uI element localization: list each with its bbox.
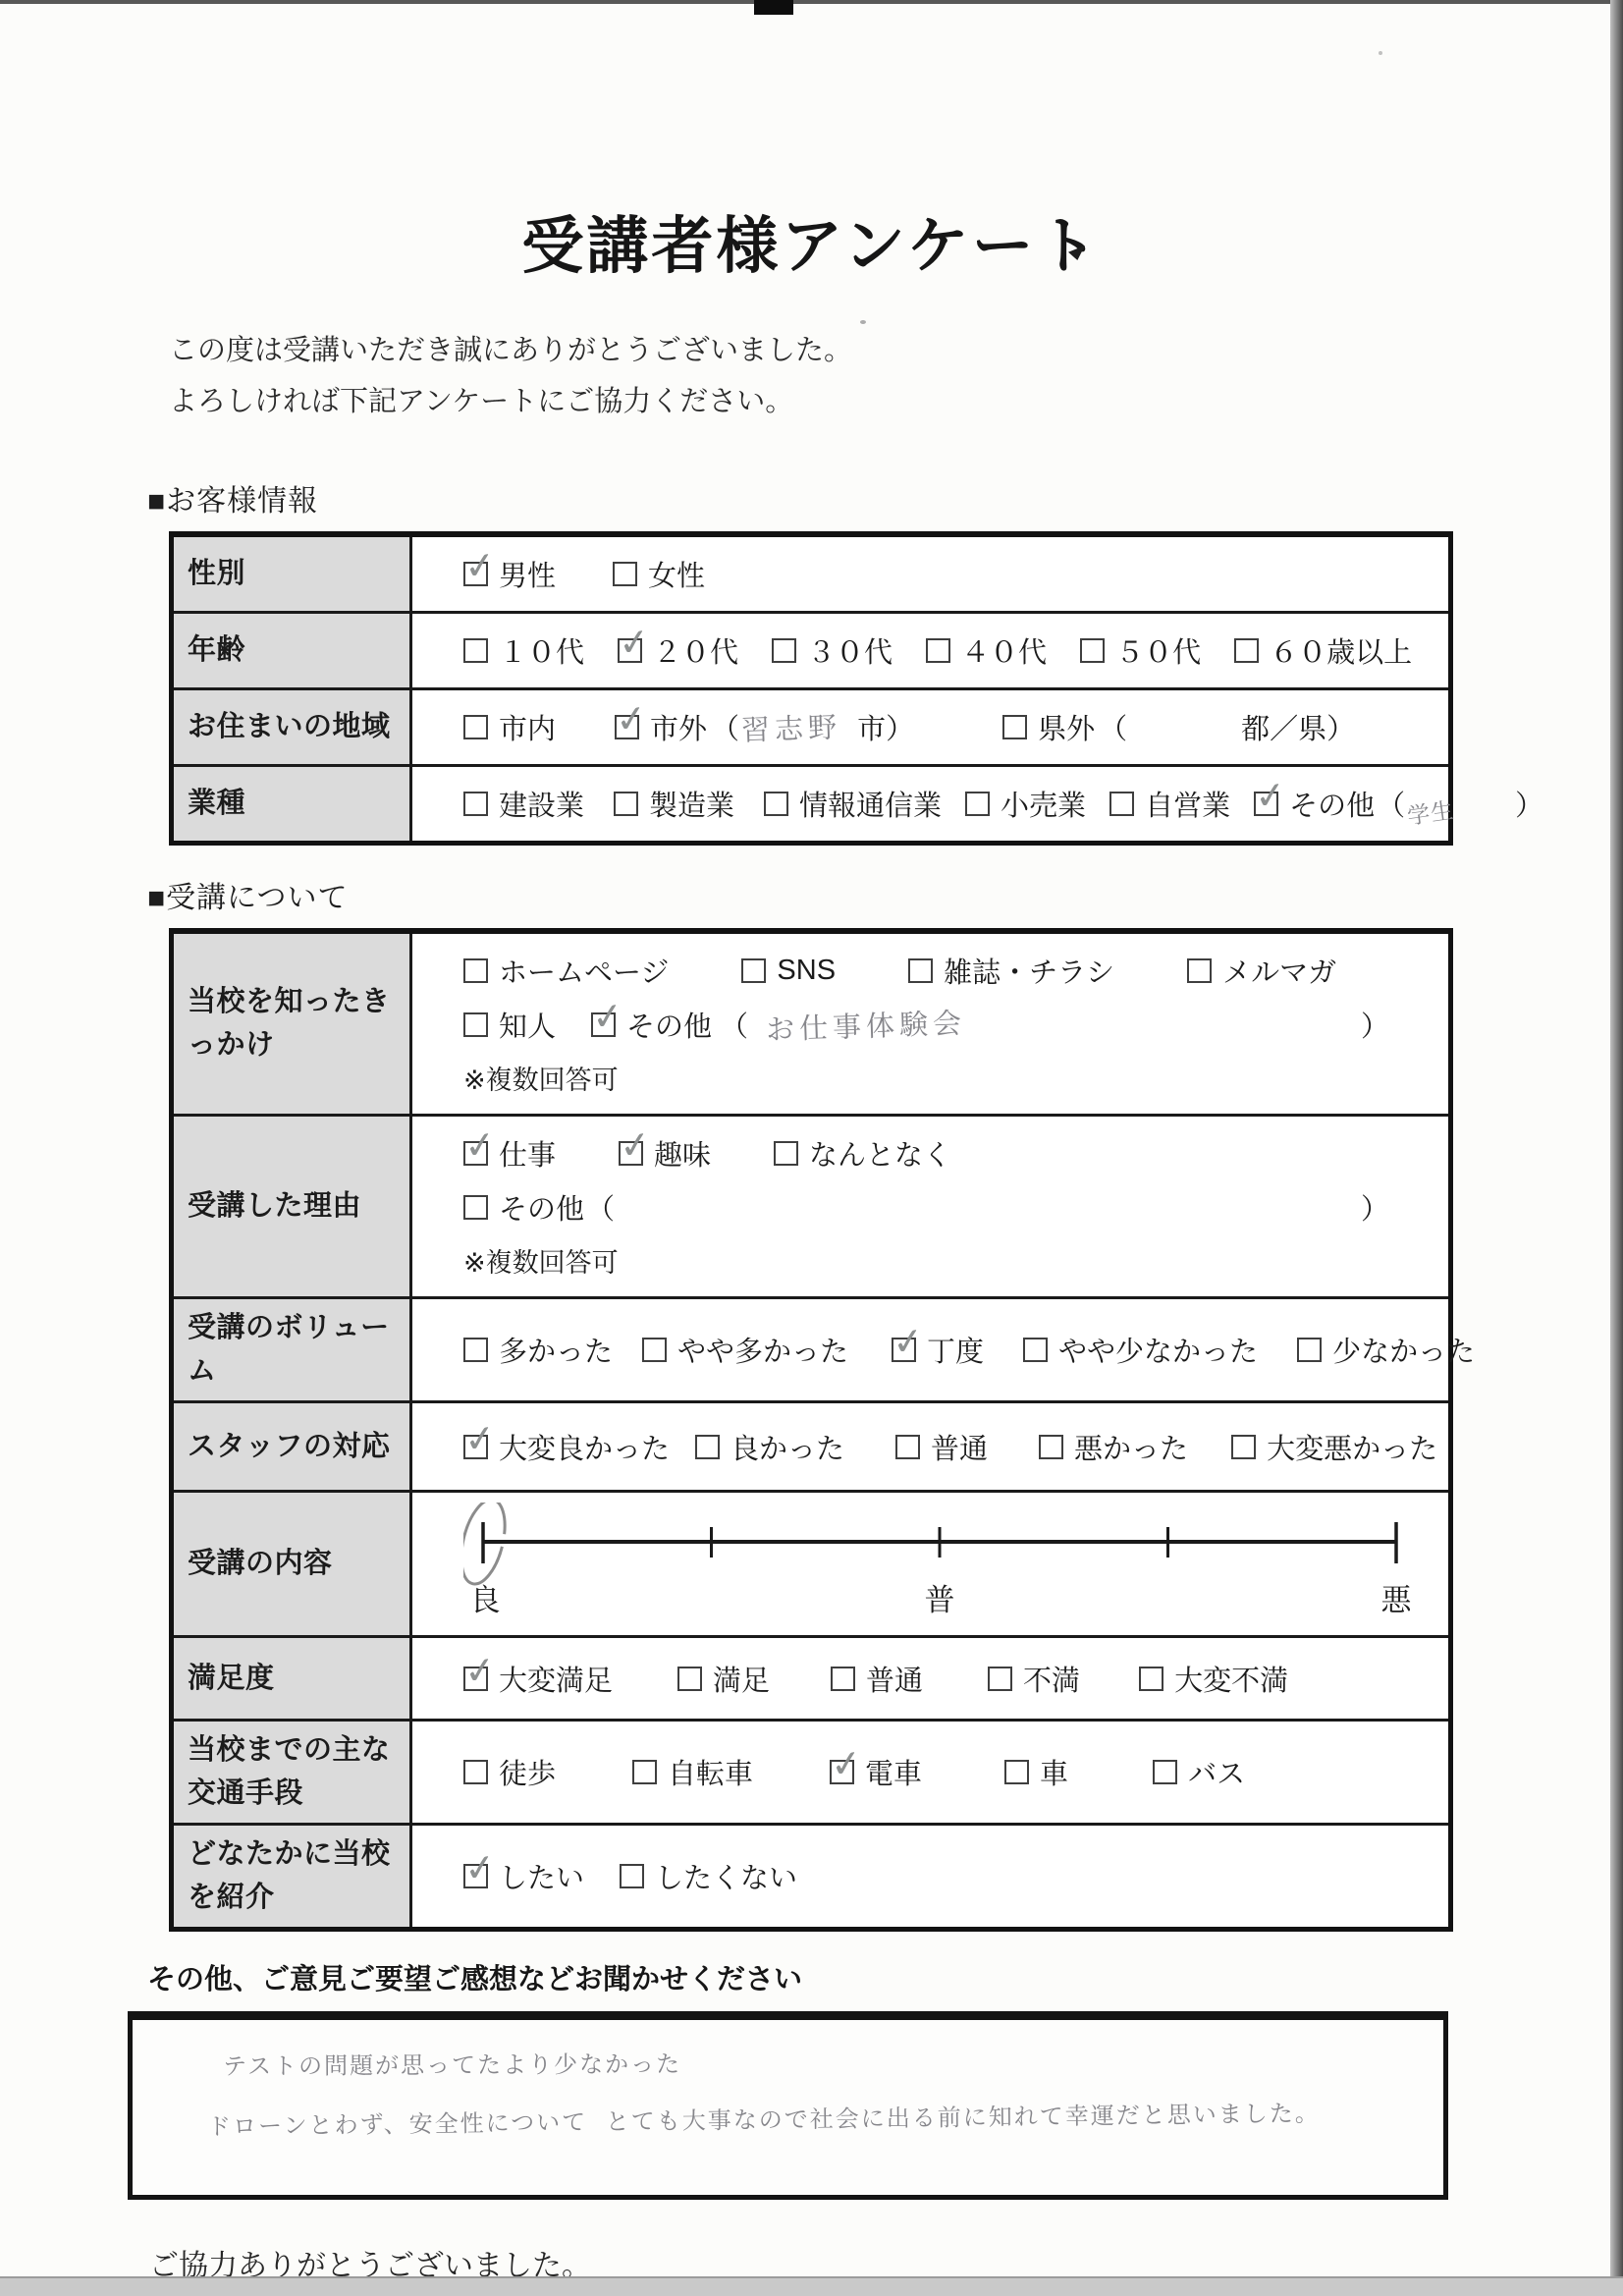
checkbox-icon xyxy=(1080,638,1105,663)
row-label: お住まいの地域 xyxy=(174,690,412,764)
option-label: 市内 xyxy=(499,707,556,747)
section-header-course: ■受講について xyxy=(147,873,1623,916)
option-label: 小売業 xyxy=(1001,784,1086,824)
checkbox-icon: ✓ xyxy=(615,715,639,739)
option-label: なんとなく xyxy=(809,1133,951,1174)
checkbox-option: メルマガ xyxy=(1187,951,1336,991)
option-line: 市内✓市外（習志野市）県外（都／県） xyxy=(463,707,1419,747)
option-label: 男性 xyxy=(499,554,556,594)
option-line: 知人✓その他（お仕事体験会） xyxy=(463,1005,1419,1045)
option-line: ホームページSNS雑誌・チラシメルマガ xyxy=(463,951,1419,991)
survey-row: 満足度✓大変満足満足普通不満大変不満 xyxy=(174,1635,1448,1719)
checkbox-icon xyxy=(772,638,796,663)
option-label: 趣味 xyxy=(654,1133,711,1174)
option-label: その他 xyxy=(626,1005,712,1045)
checkbox-icon xyxy=(463,792,488,816)
row-label: スタッフの対応 xyxy=(174,1403,412,1490)
checkbox-option: ✓大変満足 xyxy=(463,1659,613,1699)
option-line: ※複数回答可 xyxy=(463,1059,1419,1097)
intro-line-1: この度は受講いただき誠にありがとうございました。 xyxy=(169,325,1623,376)
checkbox-option: 普通 xyxy=(895,1427,988,1467)
row-label: 受講の内容 xyxy=(174,1493,412,1635)
checkbox-icon xyxy=(1004,1760,1029,1784)
option-line: 建設業製造業情報通信業小売業自営業✓その他（学生） xyxy=(463,784,1543,824)
option-label: したい xyxy=(499,1856,584,1896)
checkbox-option: ✓趣味 xyxy=(619,1133,711,1174)
checkbox-option: 不満 xyxy=(988,1659,1080,1699)
option-label: 良かった xyxy=(730,1427,844,1467)
checkbox-icon xyxy=(741,958,766,983)
option-line: その他（） xyxy=(463,1187,1419,1228)
checkbox-icon xyxy=(463,1012,488,1037)
checkbox-option: 市内 xyxy=(463,707,556,747)
option-label: ホームページ xyxy=(499,951,669,991)
checkbox-option: ６０歳以上 xyxy=(1234,630,1412,671)
option-label: やや多かった xyxy=(677,1330,848,1370)
checkbox-option: バス xyxy=(1153,1752,1245,1792)
checkbox-icon xyxy=(1139,1667,1163,1691)
checkbox-icon xyxy=(908,958,933,983)
scan-speck xyxy=(860,320,866,324)
page-title: 受講者様アンケート xyxy=(0,0,1623,286)
checkbox-icon xyxy=(463,958,488,983)
row-content: ✓したいしたくない xyxy=(412,1826,1448,1927)
checkbox-icon: ✓ xyxy=(1254,792,1278,816)
row-content: 良普悪 xyxy=(412,1493,1455,1635)
option-label: 建設業 xyxy=(499,784,584,824)
checkbox-option: 建設業 xyxy=(463,784,584,824)
checkbox-option: 徒歩 xyxy=(463,1752,556,1792)
checkbox-icon xyxy=(463,1195,488,1220)
survey-row: 性別✓男性女性 xyxy=(174,537,1448,611)
option-label: 悪かった xyxy=(1074,1427,1188,1467)
checkbox-icon xyxy=(463,1760,488,1784)
option-label: したくない xyxy=(655,1856,797,1896)
option-label: 丁度 xyxy=(927,1330,984,1370)
handwritten-comment-line-1: テストの問題が思ってたより少なかった xyxy=(223,2041,1443,2082)
checkmark-icon: ✓ xyxy=(462,1849,498,1889)
section-header-customer-info: ■お客様情報 xyxy=(147,476,1623,519)
checkbox-option: ✓市外 xyxy=(615,707,707,747)
row-label: 満足度 xyxy=(174,1638,412,1719)
printed-text: （ xyxy=(586,1187,615,1228)
option-line: １０代✓２０代３０代４０代５０代６０歳以上 xyxy=(463,630,1419,671)
row-label: 年齢 xyxy=(174,614,412,687)
checkbox-option: １０代 xyxy=(463,630,584,671)
checkbox-option: 普通 xyxy=(831,1659,923,1699)
checkbox-icon xyxy=(695,1435,720,1459)
printed-text: （ xyxy=(1377,784,1405,824)
checkbox-icon xyxy=(463,715,488,739)
checkbox-option: 自転車 xyxy=(632,1752,753,1792)
row-label: 受講のボリューム xyxy=(174,1299,412,1400)
option-line: 多かったやや多かった✓丁度やや少なかった少なかった xyxy=(463,1330,1475,1370)
option-label: 仕事 xyxy=(499,1133,556,1174)
checkbox-option: 知人 xyxy=(463,1005,556,1045)
printed-text: 都／県） xyxy=(1241,707,1355,747)
option-label: メルマガ xyxy=(1222,951,1336,991)
option-label: １０代 xyxy=(499,630,584,671)
checkbox-option: ✓電車 xyxy=(830,1752,922,1792)
option-label: 車 xyxy=(1040,1752,1068,1792)
option-label: 大変満足 xyxy=(499,1659,613,1699)
row-label: 業種 xyxy=(174,767,412,841)
printed-text: （ xyxy=(711,707,739,747)
option-label: ４０代 xyxy=(961,630,1047,671)
checkbox-option: SNS xyxy=(741,955,836,987)
option-label: 情報通信業 xyxy=(799,784,942,824)
checkbox-icon: ✓ xyxy=(618,638,642,663)
checkmark-icon: ✓ xyxy=(617,624,652,664)
scan-mark-top xyxy=(754,0,793,15)
handwritten-text: 学生 xyxy=(1405,793,1456,831)
printed-text: 市） xyxy=(857,707,914,747)
row-content: ✓仕事✓趣味なんとなくその他（）※複数回答可 xyxy=(412,1117,1448,1296)
checkbox-option: ３０代 xyxy=(772,630,893,671)
survey-row: 受講した理由✓仕事✓趣味なんとなくその他（）※複数回答可 xyxy=(174,1114,1448,1296)
checkbox-icon xyxy=(463,1338,488,1362)
checkbox-option: 製造業 xyxy=(614,784,734,824)
checkbox-option: ✓したい xyxy=(463,1856,584,1896)
option-label: 自営業 xyxy=(1145,784,1230,824)
option-label: 満足 xyxy=(713,1659,770,1699)
scale-label-mid: 普 xyxy=(925,1583,955,1617)
option-line: ✓したいしたくない xyxy=(463,1856,1419,1896)
option-label: 大変良かった xyxy=(499,1427,670,1467)
option-label: 女性 xyxy=(648,554,705,594)
option-label: ３０代 xyxy=(807,630,893,671)
survey-row: 当校までの主な交通手段徒歩自転車✓電車車バス xyxy=(174,1719,1448,1823)
checkbox-icon xyxy=(642,1338,667,1362)
checkbox-option: 小売業 xyxy=(965,784,1086,824)
row-label: 性別 xyxy=(174,537,412,611)
handwritten-text: お仕事体験会 xyxy=(765,1002,966,1049)
option-label: 製造業 xyxy=(649,784,734,824)
row-content: ホームページSNS雑誌・チラシメルマガ知人✓その他（お仕事体験会）※複数回答可 xyxy=(412,934,1448,1114)
row-label: 当校を知ったきっかけ xyxy=(174,934,412,1114)
printed-text: ※複数回答可 xyxy=(463,1241,619,1280)
checkmark-icon: ✓ xyxy=(462,1419,498,1459)
checkbox-icon: ✓ xyxy=(463,562,488,586)
scan-speck xyxy=(1379,51,1382,55)
row-label: 当校までの主な交通手段 xyxy=(174,1722,412,1823)
option-line: 徒歩自転車✓電車車バス xyxy=(463,1752,1419,1792)
checkmark-icon: ✓ xyxy=(891,1323,926,1363)
intro-line-2: よろしければ下記アンケートにご協力ください。 xyxy=(169,376,1623,427)
option-label: 普通 xyxy=(931,1427,988,1467)
option-label: ２０代 xyxy=(653,630,738,671)
checkbox-option: 大変不満 xyxy=(1139,1659,1288,1699)
checkbox-icon: ✓ xyxy=(463,1667,488,1691)
checkbox-icon: ✓ xyxy=(463,1435,488,1459)
comments-box: テストの問題が思ってたより少なかった ドローンとわず、安全性について とても大事… xyxy=(128,2011,1448,2200)
scan-edge-right xyxy=(1610,0,1623,2296)
option-line: ✓大変良かった良かった普通悪かった大変悪かった xyxy=(463,1427,1437,1467)
checkbox-icon xyxy=(1153,1760,1177,1784)
survey-row: 受講の内容良普悪 xyxy=(174,1490,1448,1635)
checkmark-icon: ✓ xyxy=(614,700,649,740)
option-label: ６０歳以上 xyxy=(1270,630,1412,671)
checkbox-icon xyxy=(632,1760,657,1784)
checkbox-icon xyxy=(895,1435,920,1459)
option-label: その他 xyxy=(499,1187,584,1228)
checkmark-icon: ✓ xyxy=(462,1126,498,1167)
checkbox-icon xyxy=(1297,1338,1322,1362)
handwritten-text: 習志野 xyxy=(740,706,841,750)
checkbox-icon xyxy=(764,792,788,816)
survey-row: 当校を知ったきっかけホームページSNS雑誌・チラシメルマガ知人✓その他（お仕事体… xyxy=(174,934,1448,1114)
checkbox-icon xyxy=(620,1864,644,1888)
option-label: SNS xyxy=(777,955,836,987)
checkbox-icon: ✓ xyxy=(619,1141,643,1166)
course-table: 当校を知ったきっかけホームページSNS雑誌・チラシメルマガ知人✓その他（お仕事体… xyxy=(169,928,1453,1932)
scale-label-right: 悪 xyxy=(1381,1583,1413,1617)
row-content: ✓男性女性 xyxy=(412,537,1448,611)
checkbox-icon: ✓ xyxy=(591,1012,616,1037)
checkbox-option: 良かった xyxy=(695,1427,844,1467)
row-content: 多かったやや多かった✓丁度やや少なかった少なかった xyxy=(412,1299,1504,1400)
survey-row: お住まいの地域市内✓市外（習志野市）県外（都／県） xyxy=(174,687,1448,764)
checkbox-option: 大変悪かった xyxy=(1231,1427,1437,1467)
checkbox-icon xyxy=(926,638,950,663)
row-content: 徒歩自転車✓電車車バス xyxy=(412,1722,1448,1823)
comments-header: その他、ご意見ご要望ご感想などお聞かせください xyxy=(147,1957,1623,1997)
scan-edge-top xyxy=(0,0,1623,4)
customer-info-table: 性別✓男性女性年齢１０代✓２０代３０代４０代５０代６０歳以上お住まいの地域市内✓… xyxy=(169,531,1453,846)
row-content: ✓大変満足満足普通不満大変不満 xyxy=(412,1638,1448,1719)
option-label: 県外 xyxy=(1038,707,1095,747)
checkbox-option: 県外 xyxy=(1002,707,1095,747)
option-label: 大変悪かった xyxy=(1267,1427,1437,1467)
checkbox-option: 雑誌・チラシ xyxy=(908,951,1114,991)
checkbox-option: 満足 xyxy=(677,1659,770,1699)
survey-row: どなたかに当校を紹介✓したいしたくない xyxy=(174,1823,1448,1927)
survey-row: 年齢１０代✓２０代３０代４０代５０代６０歳以上 xyxy=(174,611,1448,687)
row-content: 建設業製造業情報通信業小売業自営業✓その他（学生） xyxy=(412,767,1573,841)
checkbox-option: ✓２０代 xyxy=(618,630,738,671)
checkbox-option: 多かった xyxy=(463,1330,613,1370)
pencil-circle-mark xyxy=(463,1503,513,1589)
checkmark-icon: ✓ xyxy=(829,1745,864,1785)
rating-scale: 良普悪 xyxy=(463,1503,1426,1625)
option-label: 市外 xyxy=(650,707,707,747)
checkbox-icon xyxy=(1109,792,1134,816)
option-label: 普通 xyxy=(866,1659,923,1699)
checkbox-icon xyxy=(1187,958,1212,983)
checkbox-option: ✓仕事 xyxy=(463,1133,556,1174)
option-label: 知人 xyxy=(499,1005,556,1045)
option-line: ✓仕事✓趣味なんとなく xyxy=(463,1133,1419,1174)
option-label: やや少なかった xyxy=(1058,1330,1258,1370)
printed-text: ） xyxy=(1515,784,1543,824)
option-line: ✓大変満足満足普通不満大変不満 xyxy=(463,1659,1419,1699)
checkbox-option: ✓大変良かった xyxy=(463,1427,670,1467)
checkbox-icon: ✓ xyxy=(892,1338,916,1362)
checkbox-icon xyxy=(463,638,488,663)
option-label: ５０代 xyxy=(1115,630,1201,671)
checkbox-option: 車 xyxy=(1004,1752,1068,1792)
checkbox-option: 悪かった xyxy=(1039,1427,1188,1467)
option-label: バス xyxy=(1188,1752,1245,1792)
checkbox-icon: ✓ xyxy=(463,1141,488,1166)
survey-row: 受講のボリューム多かったやや多かった✓丁度やや少なかった少なかった xyxy=(174,1296,1448,1400)
checkbox-icon xyxy=(677,1667,702,1691)
checkbox-option: 女性 xyxy=(613,554,705,594)
checkmark-icon: ✓ xyxy=(1253,777,1288,817)
checkbox-option: 自営業 xyxy=(1109,784,1230,824)
checkmark-icon: ✓ xyxy=(590,998,625,1038)
checkbox-icon xyxy=(1023,1338,1048,1362)
checkbox-option: ✓その他 xyxy=(1254,784,1375,824)
checkbox-icon xyxy=(1231,1435,1256,1459)
checkbox-icon xyxy=(614,792,638,816)
rating-scale-svg: 良普悪 xyxy=(463,1503,1426,1620)
scan-shadow-bottom xyxy=(0,2276,1623,2296)
option-label: 雑誌・チラシ xyxy=(944,951,1114,991)
checkbox-option: やや多かった xyxy=(642,1330,848,1370)
row-label: 受講した理由 xyxy=(174,1117,412,1296)
checkbox-icon xyxy=(965,792,990,816)
handwritten-comment-line-2: ドローンとわず、安全性について とても大事なので社会に出る前に知れて幸運だと思い… xyxy=(207,2093,1443,2142)
option-label: その他 xyxy=(1289,784,1375,824)
checkbox-icon: ✓ xyxy=(463,1864,488,1888)
checkbox-option: ５０代 xyxy=(1080,630,1201,671)
checkbox-icon xyxy=(774,1141,798,1166)
checkbox-option: したくない xyxy=(620,1856,797,1896)
option-label: 少なかった xyxy=(1332,1330,1475,1370)
checkbox-option: ✓男性 xyxy=(463,554,556,594)
row-label: どなたかに当校を紹介 xyxy=(174,1826,412,1927)
option-line: ✓男性女性 xyxy=(463,554,1419,594)
option-label: 電車 xyxy=(865,1752,922,1792)
intro-text: この度は受講いただき誠にありがとうございました。 よろしければ下記アンケートにご… xyxy=(169,325,1623,427)
scale-label-left: 良 xyxy=(470,1583,501,1617)
checkbox-option: 少なかった xyxy=(1297,1330,1475,1370)
checkbox-option: ホームページ xyxy=(463,951,669,991)
printed-text: （ xyxy=(720,1005,748,1045)
option-label: 徒歩 xyxy=(499,1752,556,1792)
option-label: 不満 xyxy=(1023,1659,1080,1699)
survey-row: スタッフの対応✓大変良かった良かった普通悪かった大変悪かった xyxy=(174,1400,1448,1490)
checkbox-icon xyxy=(831,1667,855,1691)
checkbox-icon xyxy=(1002,715,1027,739)
checkmark-icon: ✓ xyxy=(462,547,498,587)
option-line: ※複数回答可 xyxy=(463,1241,1419,1280)
checkmark-icon: ✓ xyxy=(462,1651,498,1691)
option-label: 自転車 xyxy=(668,1752,753,1792)
survey-row: 業種建設業製造業情報通信業小売業自営業✓その他（学生） xyxy=(174,764,1448,841)
printed-text: ） xyxy=(1361,1187,1389,1228)
row-content: 市内✓市外（習志野市）県外（都／県） xyxy=(412,690,1448,764)
checkbox-icon xyxy=(988,1667,1012,1691)
checkbox-option: ✓その他 xyxy=(591,1005,712,1045)
row-content: ✓大変良かった良かった普通悪かった大変悪かった xyxy=(412,1403,1467,1490)
checkbox-icon xyxy=(1234,638,1259,663)
checkbox-icon xyxy=(1039,1435,1063,1459)
printed-text: ） xyxy=(1361,1005,1389,1045)
printed-text: ※複数回答可 xyxy=(463,1059,619,1097)
checkbox-option: 情報通信業 xyxy=(764,784,942,824)
printed-text: （ xyxy=(1099,707,1127,747)
checkbox-option: その他 xyxy=(463,1187,584,1228)
scanned-survey-page: 受講者様アンケート この度は受講いただき誠にありがとうございました。 よろしけれ… xyxy=(0,0,1623,2296)
checkbox-option: なんとなく xyxy=(774,1133,951,1174)
checkbox-option: ✓丁度 xyxy=(892,1330,984,1370)
row-content: １０代✓２０代３０代４０代５０代６０歳以上 xyxy=(412,614,1448,687)
option-label: 大変不満 xyxy=(1174,1659,1288,1699)
checkmark-icon: ✓ xyxy=(618,1126,653,1167)
checkbox-option: やや少なかった xyxy=(1023,1330,1258,1370)
option-label: 多かった xyxy=(499,1330,613,1370)
checkbox-icon xyxy=(613,562,637,586)
checkbox-option: ４０代 xyxy=(926,630,1047,671)
checkbox-icon: ✓ xyxy=(830,1760,854,1784)
